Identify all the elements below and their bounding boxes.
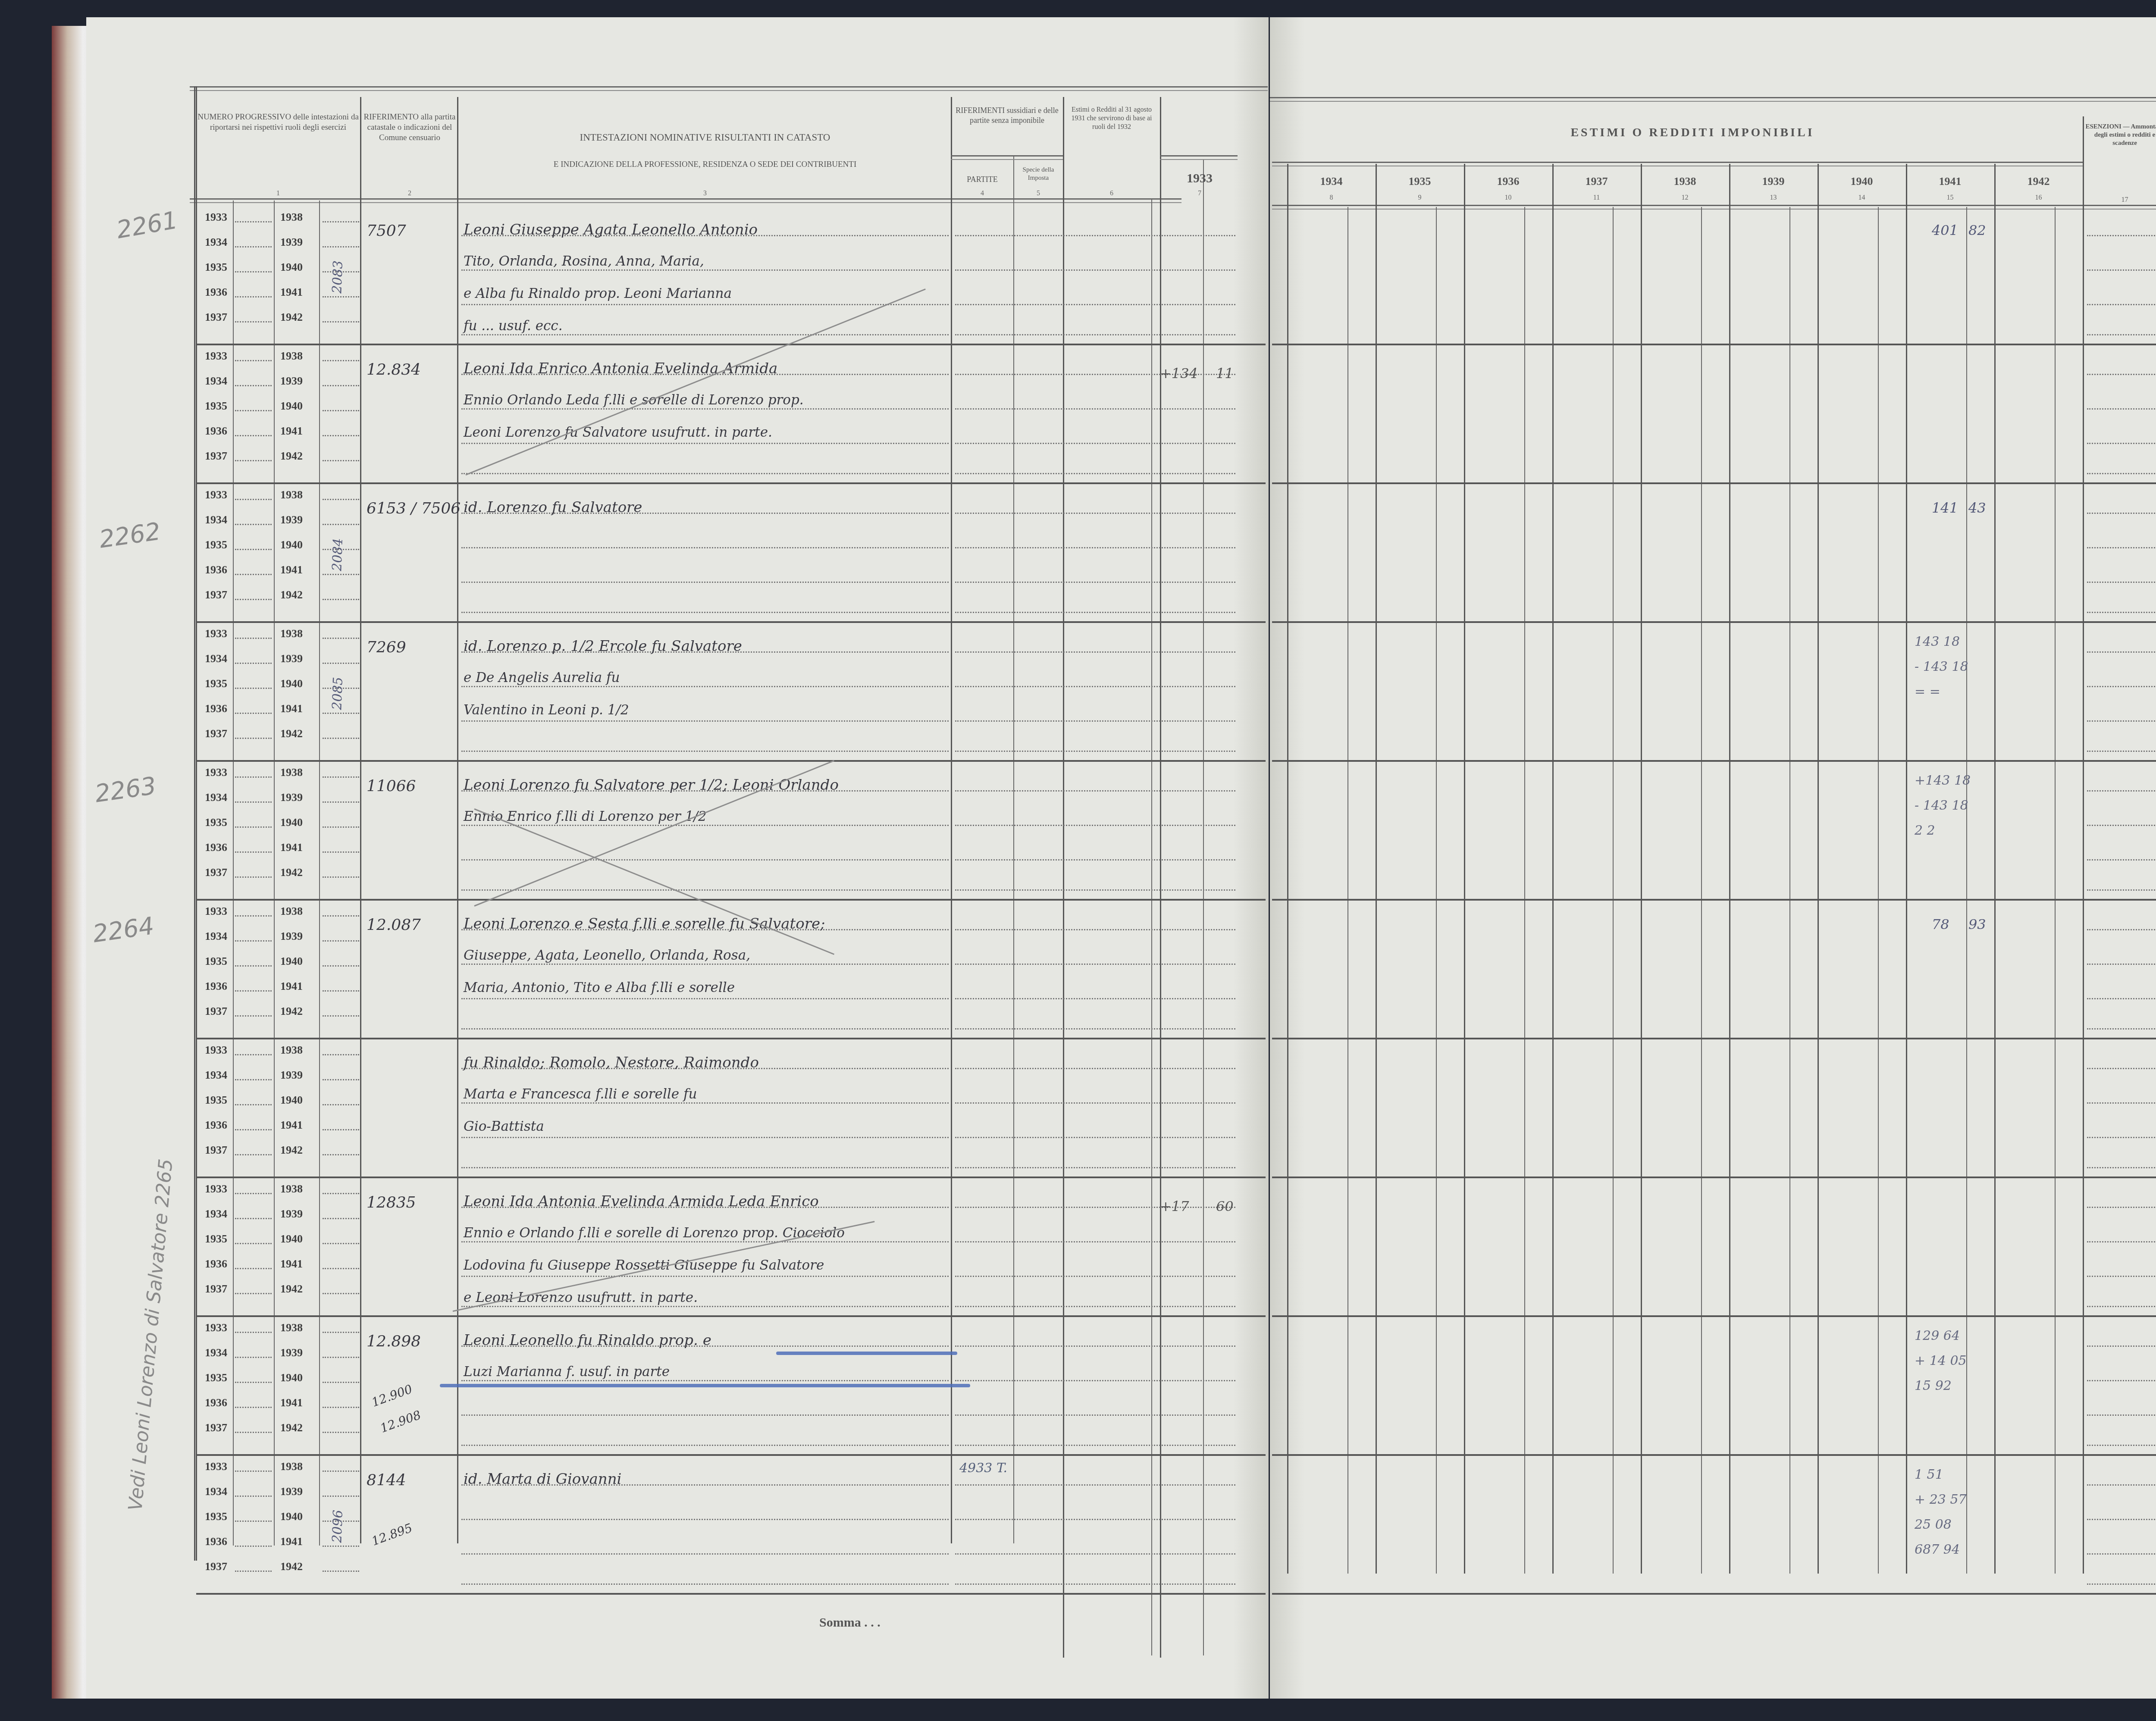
blue-strike: [776, 1352, 957, 1355]
intestazione-line: Ennio Enrico f.lli di Lorenzo per 1/2: [464, 809, 707, 824]
header-col2: RIFERIMENTO alla partita catastale o ind…: [362, 112, 457, 143]
value-1941-line: 25 08: [1915, 1517, 1952, 1532]
intestazione-line: Leoni Giuseppe Agata Leonello Antonio: [464, 221, 758, 238]
intestazione-line: Leoni Lorenzo fu Salvatore usufrutt. in …: [464, 425, 772, 440]
value-1941-cents: 93: [1968, 916, 1986, 932]
header-specie-imposta: Specie della Imposta: [1014, 166, 1062, 182]
intestazione-line: Giuseppe, Agata, Leonello, Orlanda, Rosa…: [464, 948, 750, 963]
value-1941-line: 1 51: [1915, 1467, 1943, 1482]
value-1941-line: - 143 18: [1915, 798, 1968, 813]
intestazione-line: fu Rinaldo; Romolo, Nestore, Raimondo: [464, 1054, 759, 1071]
header-year-1942: 1942: [1994, 175, 2083, 189]
value-1941-line: - 143 18: [1915, 659, 1968, 674]
ruolo-number: 2085: [329, 677, 346, 710]
intestazione-line: Gio-Battista: [464, 1119, 544, 1134]
header-col1: NUMERO PROGRESSIVO delle intestazioni da…: [196, 112, 360, 133]
value-1941-line: = =: [1915, 684, 1940, 699]
value-1941-line: 129 64: [1915, 1328, 1960, 1343]
partita-number: 6153 / 7506: [367, 500, 461, 517]
blue-strike: [440, 1384, 970, 1387]
intestazione-line: Leoni Lorenzo e Sesta f.lli e sorelle fu…: [464, 915, 825, 932]
value-1941-line: + 23 57: [1915, 1492, 1967, 1507]
value-1933-cents: 60: [1216, 1198, 1234, 1214]
header-year-1938: 1938: [1641, 175, 1729, 189]
model-label: Mod. 111 - Imposte Dirette (Intercalare)…: [2104, 78, 2156, 88]
header-year-1941: 1941: [1906, 175, 1994, 189]
value-1933-cents: 11: [1216, 365, 1234, 382]
header-year-1936: 1936: [1464, 175, 1552, 189]
intestazione-line: e Alba fu Rinaldo prop. Leoni Marianna: [464, 286, 732, 301]
partita-number: 11066: [367, 777, 416, 795]
value-1933: +17: [1160, 1198, 1189, 1214]
value-1933: +134: [1160, 365, 1198, 382]
table-left-border: [194, 86, 195, 1561]
intestazione-line: e De Angelis Aurelia fu: [464, 670, 620, 685]
intestazione-line: Leoni Ida Antonia Evelinda Armida Leda E…: [464, 1193, 819, 1210]
somma-label: Somma . . .: [819, 1615, 949, 1631]
value-1941-line: 143 18: [1915, 634, 1960, 649]
header-year-1939: 1939: [1729, 175, 1818, 189]
intestazione-line: id. Lorenzo p. 1/2 Ercole fu Salvatore: [464, 638, 742, 655]
value-1941-line: 15 92: [1915, 1378, 1952, 1393]
value-1941-line: 687 94: [1915, 1542, 1960, 1557]
intestazione-line: Leoni Leonello fu Rinaldo prop. e: [464, 1332, 711, 1349]
value-1941: 141: [1932, 500, 1958, 516]
header-partite: PARTITE: [952, 175, 1012, 185]
partita-number: 7507: [367, 222, 406, 240]
value-1941-line: 2 2: [1915, 823, 1935, 838]
header-year-1940: 1940: [1818, 175, 1906, 189]
header-esenzioni: ESENZIONI — Ammontare degli estimi o red…: [2085, 123, 2156, 147]
intestazione-line: fu ... usuf. ecc.: [464, 318, 563, 334]
intestazione-line: id. Lorenzo fu Salvatore: [464, 499, 642, 516]
header-year-1935: 1935: [1376, 175, 1464, 189]
partite-ref: 4933 T.: [959, 1461, 1007, 1476]
top-border-left: [190, 86, 1268, 91]
value-1941-cents: 43: [1968, 500, 1986, 516]
header-bottom-border-left: [190, 198, 1181, 203]
intestazione-line: Maria, Antonio, Tito e Alba f.lli e sore…: [464, 980, 735, 995]
header-year-1937: 1937: [1552, 175, 1641, 189]
partita-number: 12835: [367, 1194, 416, 1211]
value-1941: 78: [1932, 916, 1949, 932]
header-year-1933: 1933: [1161, 170, 1238, 187]
ruolo-number: 2096: [329, 1510, 346, 1543]
value-1941-line: +143 18: [1915, 773, 1971, 788]
intestazione-line: Marta e Francesca f.lli e sorelle fu: [464, 1086, 697, 1102]
header-year-1934: 1934: [1287, 175, 1376, 189]
header-col3-title: INTESTAZIONI NOMINATIVE RISULTANTI IN CA…: [459, 131, 951, 144]
ruolo-number: 2084: [329, 538, 346, 572]
header-bottom-border-right: [1272, 205, 2156, 210]
intestazione-line: Ennio Orlando Leda f.lli e sorelle di Lo…: [464, 392, 804, 408]
partita-number: 7269: [367, 638, 406, 656]
intestazione-line: Leoni Lorenzo fu Salvatore per 1/2; Leon…: [464, 776, 839, 794]
partita-number: 12.087: [367, 916, 421, 934]
intestazione-line: id. Marta di Giovanni: [464, 1471, 621, 1488]
right-page: [1270, 17, 2156, 1699]
partita-number: 12.834: [367, 361, 421, 379]
intestazione-line: Ennio e Orlando f.lli e sorelle di Loren…: [464, 1225, 845, 1241]
partita-number: 12.898: [367, 1333, 421, 1350]
header-estimi-1931: Estimi o Redditi al 31 agosto 1931 che s…: [1064, 106, 1159, 131]
value-1941-cents: 82: [1968, 222, 1986, 238]
intestazione-line: e Leoni Lorenzo usufrutt. in parte.: [464, 1290, 698, 1305]
value-1941: 401: [1932, 222, 1958, 238]
value-1941-line: + 14 05: [1915, 1353, 1967, 1368]
partita-number: 8144: [367, 1471, 406, 1489]
ruolo-number: 2083: [329, 260, 346, 294]
intestazione-line: Luzi Marianna f. usuf. in parte: [464, 1364, 670, 1380]
intestazione-line: Tito, Orlanda, Rosina, Anna, Maria,: [464, 253, 704, 269]
top-border-right: [1270, 97, 2156, 102]
intestazione-line: Valentino in Leoni p. 1/2: [464, 702, 629, 718]
header-riferimenti: RIFERIMENTI sussidiari e delle partite s…: [952, 106, 1062, 125]
header-estimi-imponibili: ESTIMI O REDDITI IMPONIBILI: [1294, 125, 2091, 140]
header-col3-sub: E INDICAZIONE DELLA PROFESSIONE, RESIDEN…: [459, 160, 951, 170]
